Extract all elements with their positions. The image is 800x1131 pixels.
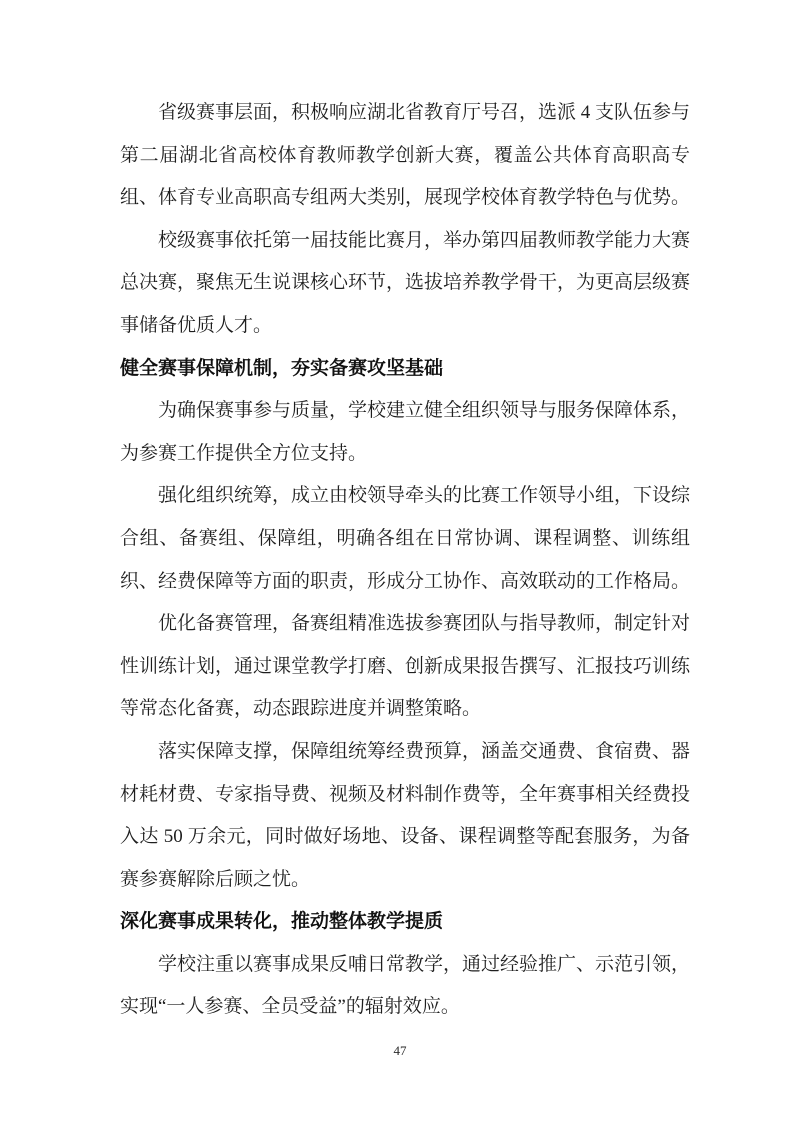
document-page: 省级赛事层面，积极响应湖北省教育厅号召，选派 4 支队伍参与第二届湖北省高校体育… <box>0 0 800 1131</box>
document-body: 省级赛事层面，积极响应湖北省教育厅号召，选派 4 支队伍参与第二届湖北省高校体育… <box>120 92 690 1029</box>
section-heading: 健全赛事保障机制，夯实备赛攻坚基础 <box>120 348 690 391</box>
page-number: 47 <box>0 1043 800 1059</box>
body-paragraph: 强化组织统筹，成立由校领导牵头的比赛工作领导小组，下设综合组、备赛组、保障组，明… <box>120 475 690 603</box>
body-paragraph: 优化备赛管理，备赛组精准选拔参赛团队与指导教师，制定针对性训练计划，通过课堂教学… <box>120 603 690 731</box>
body-paragraph: 学校注重以赛事成果反哺日常教学，通过经验推广、示范引领，实现“一人参赛、全员受益… <box>120 944 690 1029</box>
body-paragraph: 校级赛事依托第一届技能比赛月，举办第四届教师教学能力大赛总决赛，聚焦无生说课核心… <box>120 220 690 348</box>
body-paragraph: 省级赛事层面，积极响应湖北省教育厅号召，选派 4 支队伍参与第二届湖北省高校体育… <box>120 92 690 220</box>
body-paragraph: 为确保赛事参与质量，学校建立健全组织领导与服务保障体系，为参赛工作提供全方位支持… <box>120 390 690 475</box>
body-paragraph: 落实保障支撑，保障组统筹经费预算，涵盖交通费、食宿费、器材耗材费、专家指导费、视… <box>120 731 690 901</box>
section-heading: 深化赛事成果转化，推动整体教学提质 <box>120 901 690 944</box>
